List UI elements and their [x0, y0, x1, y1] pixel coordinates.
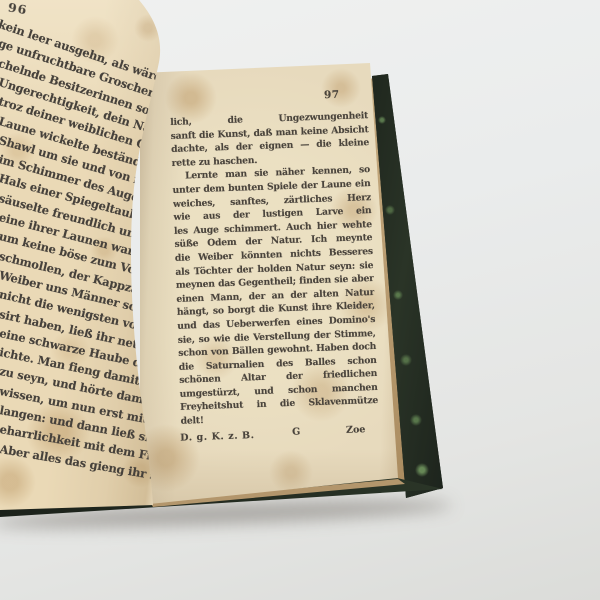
right-page-text-block: lich, die Ungezwungenheit verschleierte …	[170, 109, 379, 428]
page-number-right: 97	[324, 89, 340, 102]
right-page: 97 lich, die Ungezwungenheit verschleier…	[136, 60, 404, 512]
antique-book-photograph: 97 lich, die Ungezwungenheit verschleier…	[0, 0, 600, 600]
footer-signature: D. g. K. z. B.	[180, 430, 255, 444]
footer-gathering-mark: G	[292, 426, 301, 437]
footer-catchword: Zoe	[346, 424, 366, 436]
